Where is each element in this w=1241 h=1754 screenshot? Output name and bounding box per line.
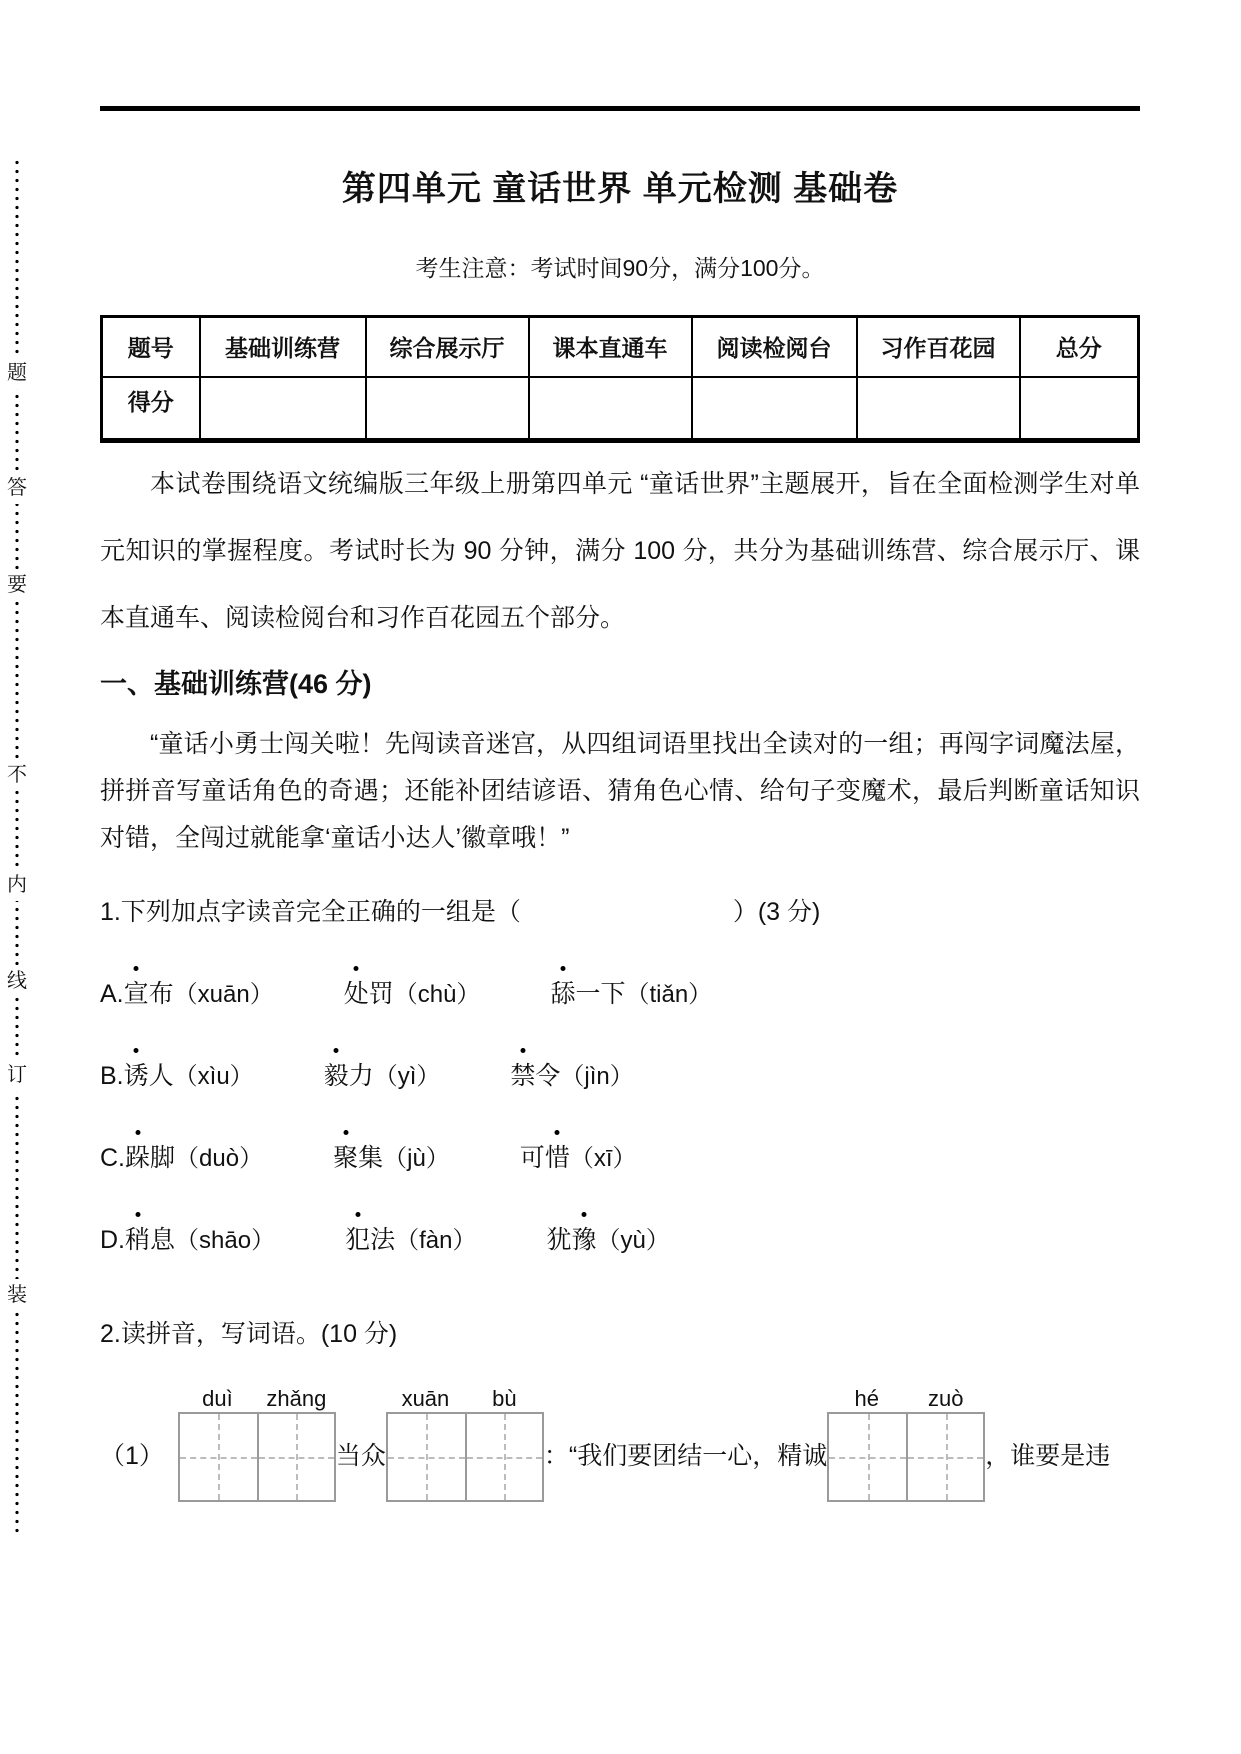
character-write-boxes xyxy=(178,1412,336,1502)
exam-page: 题 答 要 不 内 线 订 装 第四单元 童话世界 单元检测 基础卷 考生注意：… xyxy=(0,0,1241,1754)
pinyin: hé xyxy=(827,1386,906,1412)
q1-option-d: D.稍息（shāo）犯法（fàn）犹豫（yù） xyxy=(100,1220,1140,1256)
option-word: 处罚（chù） xyxy=(344,980,481,1008)
pinyin: （jù） xyxy=(383,1145,450,1172)
pinyin: （duò） xyxy=(175,1145,263,1172)
sentence-fragment: 当众 xyxy=(336,1438,386,1474)
dotted-character: 毅 xyxy=(324,1056,349,1092)
character-write-boxes xyxy=(827,1412,985,1502)
q2-item-1: （1） duì zhǎng 当众 xuān bù xyxy=(100,1386,1140,1502)
binding-char: 内 xyxy=(6,869,28,901)
binding-char: 装 xyxy=(6,1279,28,1311)
pinyin-labels: hé zuò xyxy=(827,1386,985,1412)
binding-char: 题 xyxy=(6,357,28,389)
top-rule-divider xyxy=(100,106,1140,111)
binding-line: 题 答 要 不 内 线 订 装 xyxy=(6,158,28,1533)
pinyin: （fàn） xyxy=(395,1227,476,1254)
header-part-2: 综合展示厅 xyxy=(366,317,529,377)
option-label: A. xyxy=(100,980,124,1008)
option-label: B. xyxy=(100,1062,124,1090)
binding-char: 不 xyxy=(6,759,28,791)
score-table: 题号 基础训练营 综合展示厅 课本直通车 阅读检阅台 习作百花园 总分 得分 xyxy=(100,315,1140,443)
q1-option-b: B.诱人（xìu）毅力（yì）禁令（jìn） xyxy=(100,1056,1140,1092)
pinyin: （jìn） xyxy=(560,1063,633,1090)
dotted-character: 诱 xyxy=(124,1056,149,1092)
dotted-character: 稍 xyxy=(125,1220,150,1256)
binding-char: 订 xyxy=(6,1059,28,1091)
write-box-cell xyxy=(257,1414,334,1500)
header-part-4: 阅读检阅台 xyxy=(692,317,857,377)
pinyin: zuò xyxy=(906,1386,985,1412)
pinyin: zhǎng xyxy=(257,1386,336,1412)
score-cell-empty xyxy=(692,377,857,441)
dotted-character: 处 xyxy=(344,974,369,1010)
dotted-character: 跺 xyxy=(125,1138,150,1174)
write-box-cell xyxy=(829,1414,906,1500)
pinyin: （yù） xyxy=(597,1227,670,1254)
pinyin: （shāo） xyxy=(175,1227,275,1254)
option-word: 可惜（xī） xyxy=(520,1144,637,1172)
pinyin: （xī） xyxy=(570,1145,637,1172)
dotted-character: 豫 xyxy=(572,1220,597,1256)
option-word: 犯法（fàn） xyxy=(345,1226,476,1254)
exam-intro-paragraph: 本试卷围绕语文统编版三年级上册第四单元 “童话世界”主题展开，旨在全面检测学生对… xyxy=(100,451,1140,652)
pinyin: （xuān） xyxy=(174,981,274,1008)
binding-char: 要 xyxy=(6,569,28,601)
question-1-stem: 1.下列加点字读音完全正确的一组是（ xyxy=(100,898,521,926)
section-1-heading: 一、基础训练营(46 分) xyxy=(100,662,1140,701)
option-label: D. xyxy=(100,1226,125,1254)
binding-char: 答 xyxy=(6,472,28,504)
page-content: 第四单元 童话世界 单元检测 基础卷 考生注意：考试时间90分，满分100分。 … xyxy=(100,0,1140,1502)
option-label: C. xyxy=(100,1144,125,1172)
pinyin-labels: xuān bù xyxy=(386,1386,544,1412)
header-part-5: 习作百花园 xyxy=(857,317,1020,377)
pinyin: bù xyxy=(465,1386,544,1412)
q1-option-c: C.跺脚（duò）聚集（jù）可惜（xī） xyxy=(100,1138,1140,1174)
pinyin: xuān xyxy=(386,1386,465,1412)
option-word: 毅力（yì） xyxy=(324,1062,441,1090)
dotted-character: 惜 xyxy=(545,1138,570,1174)
score-table-score-row: 得分 xyxy=(102,377,1139,441)
write-box-cell xyxy=(465,1414,542,1500)
pinyin: （yì） xyxy=(374,1063,441,1090)
write-box-group-1: duì zhǎng xyxy=(178,1386,336,1502)
sentence-fragment: ：“我们要团结一心，精诚 xyxy=(544,1438,827,1474)
option-word: 诱人（xìu） xyxy=(124,1062,254,1090)
sentence-fragment: ，谁要是违 xyxy=(985,1438,1110,1474)
header-part-3: 课本直通车 xyxy=(529,317,692,377)
pinyin: （xìu） xyxy=(174,1063,254,1090)
score-cell-empty xyxy=(529,377,692,441)
header-total: 总分 xyxy=(1020,317,1139,377)
option-word: 跺脚（duò） xyxy=(125,1144,263,1172)
option-word: 舔一下（tiǎn） xyxy=(550,980,712,1008)
write-box-group-3: hé zuò xyxy=(827,1386,985,1502)
question-2-prompt: 2.读拼音，写词语。(10 分) xyxy=(100,1314,1140,1350)
dotted-character: 聚 xyxy=(333,1138,358,1174)
page-title: 第四单元 童话世界 单元检测 基础卷 xyxy=(100,161,1140,210)
option-word: 聚集（jù） xyxy=(333,1144,450,1172)
score-cell-empty xyxy=(857,377,1020,441)
option-word: 犹豫（yù） xyxy=(546,1226,669,1254)
write-box-cell xyxy=(388,1414,465,1500)
header-question-no: 题号 xyxy=(102,317,200,377)
pinyin-labels: duì zhǎng xyxy=(178,1386,336,1412)
exam-notice: 考生注意：考试时间90分，满分100分。 xyxy=(100,250,1140,283)
dotted-character: 舔 xyxy=(550,974,575,1010)
pinyin: （tiǎn） xyxy=(625,981,712,1008)
header-part-1: 基础训练营 xyxy=(200,317,366,377)
score-row-label: 得分 xyxy=(102,377,200,441)
pinyin: duì xyxy=(178,1386,257,1412)
option-word: 禁令（jìn） xyxy=(510,1062,633,1090)
score-table-header-row: 题号 基础训练营 综合展示厅 课本直通车 阅读检阅台 习作百花园 总分 xyxy=(102,317,1139,377)
question-1-suffix: ）(3 分) xyxy=(733,898,821,926)
score-cell-empty xyxy=(1020,377,1139,441)
dotted-character: 犯 xyxy=(345,1220,370,1256)
write-box-cell xyxy=(906,1414,983,1500)
binding-char: 线 xyxy=(6,965,28,997)
q1-option-a: A.宣布（xuān）处罚（chù）舔一下（tiǎn） xyxy=(100,974,1140,1010)
score-cell-empty xyxy=(200,377,366,441)
dotted-character: 禁 xyxy=(510,1056,535,1092)
option-word: 宣布（xuān） xyxy=(124,980,274,1008)
character-write-boxes xyxy=(386,1412,544,1502)
section-1-intro-quote: “童话小勇士闯关啦！先闯读音迷宫，从四组词语里找出全读对的一组；再闯字词魔法屋，… xyxy=(100,721,1140,862)
dotted-character: 宣 xyxy=(124,974,149,1010)
write-box-group-2: xuān bù xyxy=(386,1386,544,1502)
write-box-cell xyxy=(180,1414,257,1500)
option-word: 稍息（shāo） xyxy=(125,1226,275,1254)
pinyin: （chù） xyxy=(394,981,481,1008)
item-number: （1） xyxy=(100,1438,164,1474)
question-1-prompt: 1.下列加点字读音完全正确的一组是（）(3 分) xyxy=(100,892,1140,928)
score-cell-empty xyxy=(366,377,529,441)
